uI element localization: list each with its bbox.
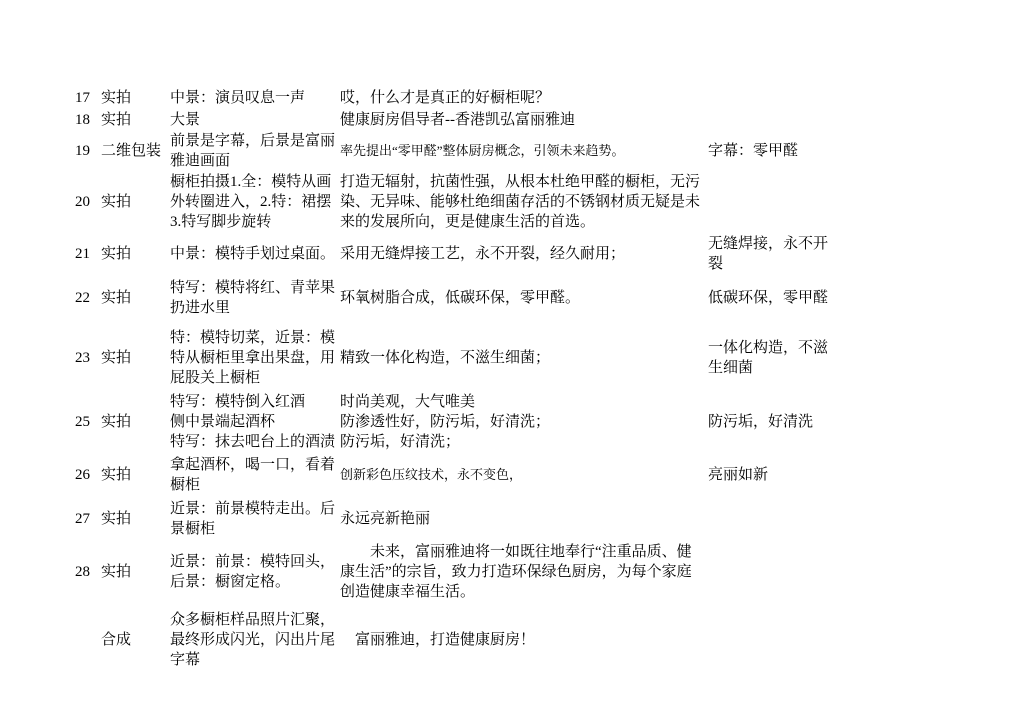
- subtitle-cell-line: 亮丽如新: [708, 465, 838, 485]
- subtitle-cell: 低碳环保，零甲醛: [708, 274, 838, 318]
- shot-type: 实拍: [101, 194, 131, 210]
- visual-description-cell: 中景：演员叹息一声: [170, 88, 340, 108]
- shot-number: 27: [75, 509, 101, 529]
- dialogue-cell-line: 采用无缝焊接工艺，永不开裂，经久耐用；: [340, 244, 708, 264]
- subtitle-cell-line: 低碳环保，零甲醛: [708, 288, 838, 308]
- dialogue-cell: 永远亮新艳丽: [340, 495, 708, 539]
- dialogue-cell-line: 创新彩色压纹技术，永不变色，: [340, 465, 708, 485]
- shot-type: 二维包装: [101, 143, 161, 159]
- shot-number-cell: 21实拍: [75, 232, 170, 274]
- storyboard-row: 22实拍特写：模特将红、青苹果扔进水里环氧树脂合成，低碳环保，零甲醛。低碳环保，…: [75, 274, 838, 318]
- storyboard-row: 20实拍橱柜拍摄1.全：模特从画外转圈进入，2.特：裙摆3.特写脚步旋转打造无辐…: [75, 171, 838, 232]
- dialogue-cell-line: 打造无辐射，抗菌性强，从根本杜绝甲醛的橱柜，无污: [340, 172, 708, 192]
- document-page: 17实拍中景：演员叹息一声哎，什么才是真正的好橱柜呢？18实拍大景健康厨房倡导者…: [0, 0, 1024, 723]
- dialogue-cell: 率先提出“零甲醛”整体厨房概念，引领未来趋势。: [340, 130, 708, 171]
- shot-number: 21: [75, 244, 101, 264]
- visual-description-cell-line: 特：模特切菜，近景：模: [170, 328, 340, 348]
- visual-description-cell-line: 特写：抹去吧台上的酒渍: [170, 432, 340, 452]
- dialogue-cell-line: 富丽雅迪，打造健康厨房！: [340, 630, 708, 650]
- visual-description-cell-line: 扔进水里: [170, 298, 340, 318]
- visual-description-cell-line: 3.特写脚步旋转: [170, 212, 340, 232]
- subtitle-cell: [708, 88, 838, 108]
- visual-description-cell-line: 景橱柜: [170, 519, 340, 539]
- visual-description-cell: 特写：模特将红、青苹果扔进水里: [170, 274, 340, 318]
- visual-description-cell-line: 外转圈进入，2.特：裙摆: [170, 192, 340, 212]
- shot-number-cell: 合成: [75, 602, 170, 670]
- dialogue-cell-line: 染、无异味、能够杜绝细菌存活的不锈钢材质无疑是未: [340, 192, 708, 212]
- visual-description-cell: 特写：模特倒入红酒侧中景端起酒杯特写：抹去吧台上的酒渍: [170, 388, 340, 452]
- subtitle-cell-line: 无缝焊接，永不开: [708, 234, 838, 254]
- storyboard-table: 17实拍中景：演员叹息一声哎，什么才是真正的好橱柜呢？18实拍大景健康厨房倡导者…: [75, 88, 838, 670]
- visual-description-cell-line: 众多橱柜样品照片汇聚，: [170, 610, 340, 630]
- subtitle-cell: [708, 108, 838, 130]
- visual-description-cell-line: 字幕: [170, 650, 340, 670]
- shot-number: 26: [75, 465, 101, 485]
- visual-description-cell: 众多橱柜样品照片汇聚，最终形成闪光，闪出片尾字幕: [170, 602, 340, 670]
- shot-number: 17: [75, 88, 101, 108]
- storyboard-row: 19二维包装前景是字幕，后景是富丽雅迪画面率先提出“零甲醛”整体厨房概念，引领未…: [75, 130, 838, 171]
- shot-number-cell: 18实拍: [75, 108, 170, 130]
- subtitle-cell-line: 生细菌: [708, 358, 838, 378]
- dialogue-cell: 打造无辐射，抗菌性强，从根本杜绝甲醛的橱柜，无污染、无异味、能够杜绝细菌存活的不…: [340, 171, 708, 232]
- visual-description-cell-line: 橱柜: [170, 475, 340, 495]
- visual-description-cell-line: 大景: [170, 110, 340, 130]
- dialogue-cell: 精致一体化构造，不滋生细菌；: [340, 318, 708, 388]
- visual-description-cell: 前景是字幕，后景是富丽雅迪画面: [170, 130, 340, 171]
- dialogue-cell-line: 防渗透性好，防污垢，好清洗；: [340, 412, 708, 432]
- dialogue-cell: 富丽雅迪，打造健康厨房！: [340, 602, 708, 670]
- visual-description-cell-line: 中景：演员叹息一声: [170, 88, 340, 108]
- visual-description-cell-line: 屁股关上橱柜: [170, 368, 340, 388]
- subtitle-cell: 亮丽如新: [708, 452, 838, 495]
- visual-description-cell: 拿起酒杯，喝一口，看着橱柜: [170, 452, 340, 495]
- storyboard-table-body: 17实拍中景：演员叹息一声哎，什么才是真正的好橱柜呢？18实拍大景健康厨房倡导者…: [75, 88, 838, 670]
- shot-number: 28: [75, 562, 101, 582]
- shot-number-cell: 23实拍: [75, 318, 170, 388]
- subtitle-cell: 无缝焊接，永不开裂: [708, 232, 838, 274]
- visual-description-cell: 橱柜拍摄1.全：模特从画外转圈进入，2.特：裙摆3.特写脚步旋转: [170, 171, 340, 232]
- subtitle-cell: 防污垢，好清洗: [708, 388, 838, 452]
- shot-type: 实拍: [101, 90, 131, 106]
- storyboard-row: 18实拍大景健康厨房倡导者--香港凯弘富丽雅迪: [75, 108, 838, 130]
- visual-description-cell-line: 特从橱柜里拿出果盘，用: [170, 348, 340, 368]
- shot-number: 20: [75, 192, 101, 212]
- dialogue-cell-line: 创造健康幸福生活。: [340, 582, 708, 602]
- visual-description-cell: 近景：前景模特走出。后景橱柜: [170, 495, 340, 539]
- storyboard-row: 28实拍近景：前景：模特回头，后景：橱窗定格。 未来，富丽雅迪将一如既往地奉行“…: [75, 539, 838, 602]
- visual-description-cell-line: 橱柜拍摄1.全：模特从画: [170, 172, 340, 192]
- subtitle-cell: [708, 539, 838, 602]
- visual-description-cell: 大景: [170, 108, 340, 130]
- subtitle-cell-line: 裂: [708, 254, 838, 274]
- shot-type: 合成: [101, 632, 131, 648]
- shot-number-cell: 26实拍: [75, 452, 170, 495]
- shot-number: 23: [75, 348, 101, 368]
- visual-description-cell-line: 特写：模特将红、青苹果: [170, 278, 340, 298]
- subtitle-cell-line: 一体化构造，不滋: [708, 338, 838, 358]
- dialogue-cell: 哎，什么才是真正的好橱柜呢？: [340, 88, 708, 108]
- subtitle-cell-line: 字幕：零甲醛: [708, 141, 838, 161]
- dialogue-cell: 时尚美观，大气唯美防渗透性好，防污垢，好清洗；防污垢，好清洗；: [340, 388, 708, 452]
- storyboard-row: 25实拍特写：模特倒入红酒侧中景端起酒杯特写：抹去吧台上的酒渍时尚美观，大气唯美…: [75, 388, 838, 452]
- shot-type: 实拍: [101, 511, 131, 527]
- shot-number: 22: [75, 288, 101, 308]
- dialogue-cell-line: 康生活”的宗旨，致力打造环保绿色厨房，为每个家庭: [340, 562, 708, 582]
- visual-description-cell-line: 后景：橱窗定格。: [170, 572, 340, 592]
- dialogue-cell-line: 来的发展所向，更是健康生活的首选。: [340, 212, 708, 232]
- shot-type: 实拍: [101, 414, 131, 430]
- shot-number-cell: 22实拍: [75, 274, 170, 318]
- visual-description-cell: 近景：前景：模特回头，后景：橱窗定格。: [170, 539, 340, 602]
- subtitle-cell: [708, 602, 838, 670]
- shot-type: 实拍: [101, 467, 131, 483]
- shot-number-cell: 20实拍: [75, 171, 170, 232]
- storyboard-row: 合成众多橱柜样品照片汇聚，最终形成闪光，闪出片尾字幕 富丽雅迪，打造健康厨房！: [75, 602, 838, 670]
- dialogue-cell: 采用无缝焊接工艺，永不开裂，经久耐用；: [340, 232, 708, 274]
- shot-number: 19: [75, 141, 101, 161]
- visual-description-cell-line: 雅迪画面: [170, 151, 340, 171]
- visual-description-cell-line: 近景：前景模特走出。后: [170, 499, 340, 519]
- visual-description-cell-line: 中景：模特手划过桌面。: [170, 244, 340, 264]
- dialogue-cell-line: 哎，什么才是真正的好橱柜呢？: [340, 88, 708, 108]
- shot-number-cell: 27实拍: [75, 495, 170, 539]
- visual-description-cell-line: 侧中景端起酒杯: [170, 412, 340, 432]
- shot-type: 实拍: [101, 112, 131, 128]
- dialogue-cell: 环氧树脂合成，低碳环保，零甲醛。: [340, 274, 708, 318]
- subtitle-cell: 字幕：零甲醛: [708, 130, 838, 171]
- subtitle-cell: 一体化构造，不滋生细菌: [708, 318, 838, 388]
- subtitle-cell: [708, 171, 838, 232]
- storyboard-row: 17实拍中景：演员叹息一声哎，什么才是真正的好橱柜呢？: [75, 88, 838, 108]
- visual-description-cell-line: 前景是字幕，后景是富丽: [170, 131, 340, 151]
- dialogue-cell-line: 时尚美观，大气唯美: [340, 392, 708, 412]
- subtitle-cell-line: 防污垢，好清洗: [708, 412, 838, 432]
- dialogue-cell-line: 健康厨房倡导者--香港凯弘富丽雅迪: [340, 110, 708, 130]
- visual-description-cell: 特：模特切菜，近景：模特从橱柜里拿出果盘，用屁股关上橱柜: [170, 318, 340, 388]
- dialogue-cell-line: 环氧树脂合成，低碳环保，零甲醛。: [340, 288, 708, 308]
- dialogue-cell-line: 防污垢，好清洗；: [340, 432, 708, 452]
- dialogue-cell-line: 精致一体化构造，不滋生细菌；: [340, 348, 708, 368]
- shot-number-cell: 19二维包装: [75, 130, 170, 171]
- shot-type: 实拍: [101, 246, 131, 262]
- storyboard-row: 23实拍特：模特切菜，近景：模特从橱柜里拿出果盘，用屁股关上橱柜精致一体化构造，…: [75, 318, 838, 388]
- shot-number: 25: [75, 412, 101, 432]
- shot-number-cell: 17实拍: [75, 88, 170, 108]
- shot-type: 实拍: [101, 564, 131, 580]
- storyboard-row: 27实拍近景：前景模特走出。后景橱柜永远亮新艳丽: [75, 495, 838, 539]
- storyboard-row: 21实拍中景：模特手划过桌面。采用无缝焊接工艺，永不开裂，经久耐用；无缝焊接，永…: [75, 232, 838, 274]
- shot-type: 实拍: [101, 290, 131, 306]
- visual-description-cell-line: 近景：前景：模特回头，: [170, 552, 340, 572]
- storyboard-row: 26实拍拿起酒杯，喝一口，看着橱柜创新彩色压纹技术，永不变色，亮丽如新: [75, 452, 838, 495]
- dialogue-cell-line: 未来，富丽雅迪将一如既往地奉行“注重品质、健: [340, 542, 708, 562]
- visual-description-cell-line: 特写：模特倒入红酒: [170, 392, 340, 412]
- visual-description-cell-line: 最终形成闪光，闪出片尾: [170, 630, 340, 650]
- shot-type: 实拍: [101, 350, 131, 366]
- dialogue-cell: 未来，富丽雅迪将一如既往地奉行“注重品质、健康生活”的宗旨，致力打造环保绿色厨房…: [340, 539, 708, 602]
- shot-number-cell: 28实拍: [75, 539, 170, 602]
- dialogue-cell-line: 永远亮新艳丽: [340, 509, 708, 529]
- dialogue-cell: 健康厨房倡导者--香港凯弘富丽雅迪: [340, 108, 708, 130]
- subtitle-cell: [708, 495, 838, 539]
- dialogue-cell-line: 率先提出“零甲醛”整体厨房概念，引领未来趋势。: [340, 141, 708, 161]
- shot-number-cell: 25实拍: [75, 388, 170, 452]
- visual-description-cell-line: 拿起酒杯，喝一口，看着: [170, 455, 340, 475]
- dialogue-cell: 创新彩色压纹技术，永不变色，: [340, 452, 708, 495]
- visual-description-cell: 中景：模特手划过桌面。: [170, 232, 340, 274]
- shot-number: 18: [75, 110, 101, 130]
